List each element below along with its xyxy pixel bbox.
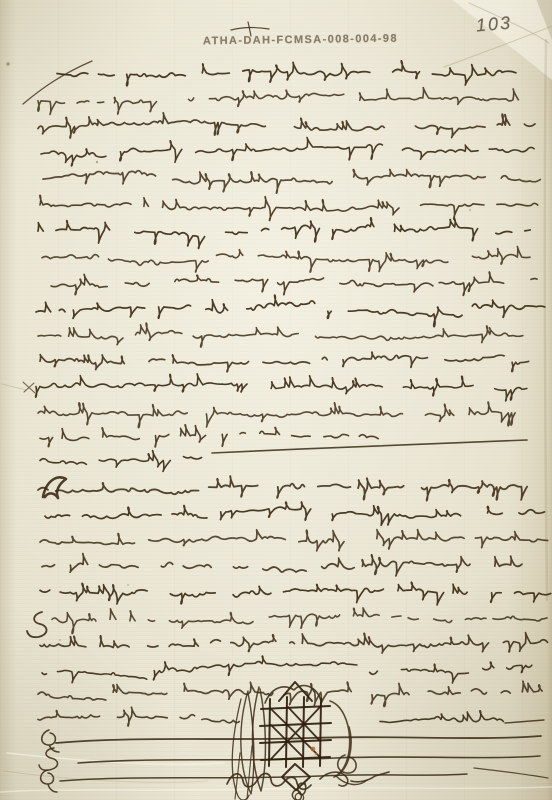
handwriting-line: [38, 113, 535, 138]
rule-flourish-glyph-3: [41, 770, 57, 792]
crease-bottom-left-2: [4, 771, 208, 782]
crease-bottom-left-1: [7, 753, 224, 764]
notarial-sign-right-loop: [330, 701, 351, 777]
manuscript-art: [0, 0, 552, 800]
edge-right-shadow: [545, 40, 547, 600]
emphasis-initial-capital: [43, 477, 66, 498]
handwriting-line: [40, 530, 548, 551]
handwriting-line: [51, 272, 537, 296]
paper-speck: [59, 639, 61, 641]
handwriting-line: [57, 61, 516, 86]
handwriting-line: [40, 425, 378, 447]
handwriting-line: [40, 633, 548, 654]
crease-left-mid: [2, 384, 26, 390]
handwriting-line: [38, 681, 542, 706]
handwriting-line: [36, 295, 545, 327]
handwriting-line: [40, 582, 551, 605]
paper-speck: [469, 209, 471, 211]
paper-speck: [96, 161, 98, 163]
paragraph-2-closing-dash: [505, 720, 544, 723]
opening-flourish: [23, 61, 92, 104]
handwriting-line: [43, 170, 540, 194]
handwriting-line: [38, 476, 527, 501]
handwriting-line: [38, 218, 530, 249]
handwriting-line: [45, 502, 545, 525]
notarial-sign-bottom-loop: [292, 790, 301, 800]
notarial-sign-right-tail: [336, 776, 367, 785]
handwriting-line: [40, 352, 529, 372]
handwriting-line: [380, 711, 503, 723]
handwriting-line: [38, 88, 519, 115]
emphasis-margin-letter: [27, 612, 47, 637]
paper-speck: [315, 753, 318, 756]
folio-number: 103: [475, 12, 513, 36]
paragraph-1-closing-dash: [212, 440, 527, 453]
paper-speck: [127, 584, 129, 586]
handwriting-line: [52, 608, 547, 634]
handwriting-line: [36, 374, 527, 401]
paper-speck: [311, 747, 316, 752]
handwriting-line: [40, 451, 202, 472]
margin-x-mark: [23, 382, 35, 393]
handwriting-line: [42, 656, 532, 683]
handwriting-line: [42, 554, 522, 576]
rule-flourish-diagonal-br: [474, 768, 548, 778]
handwriting-line: [40, 195, 538, 220]
handwriting-line: [42, 246, 530, 272]
crease-bottom: [0, 787, 552, 792]
handwriting-line: [38, 323, 523, 347]
handwriting-line: [41, 137, 534, 166]
handwriting-line: [38, 707, 239, 726]
manuscript-scan-page: 103 ATHA-DAH-FCMSA-008-004-98: [0, 0, 552, 800]
handwriting-line: [38, 402, 515, 428]
paper-speck: [6, 62, 9, 65]
